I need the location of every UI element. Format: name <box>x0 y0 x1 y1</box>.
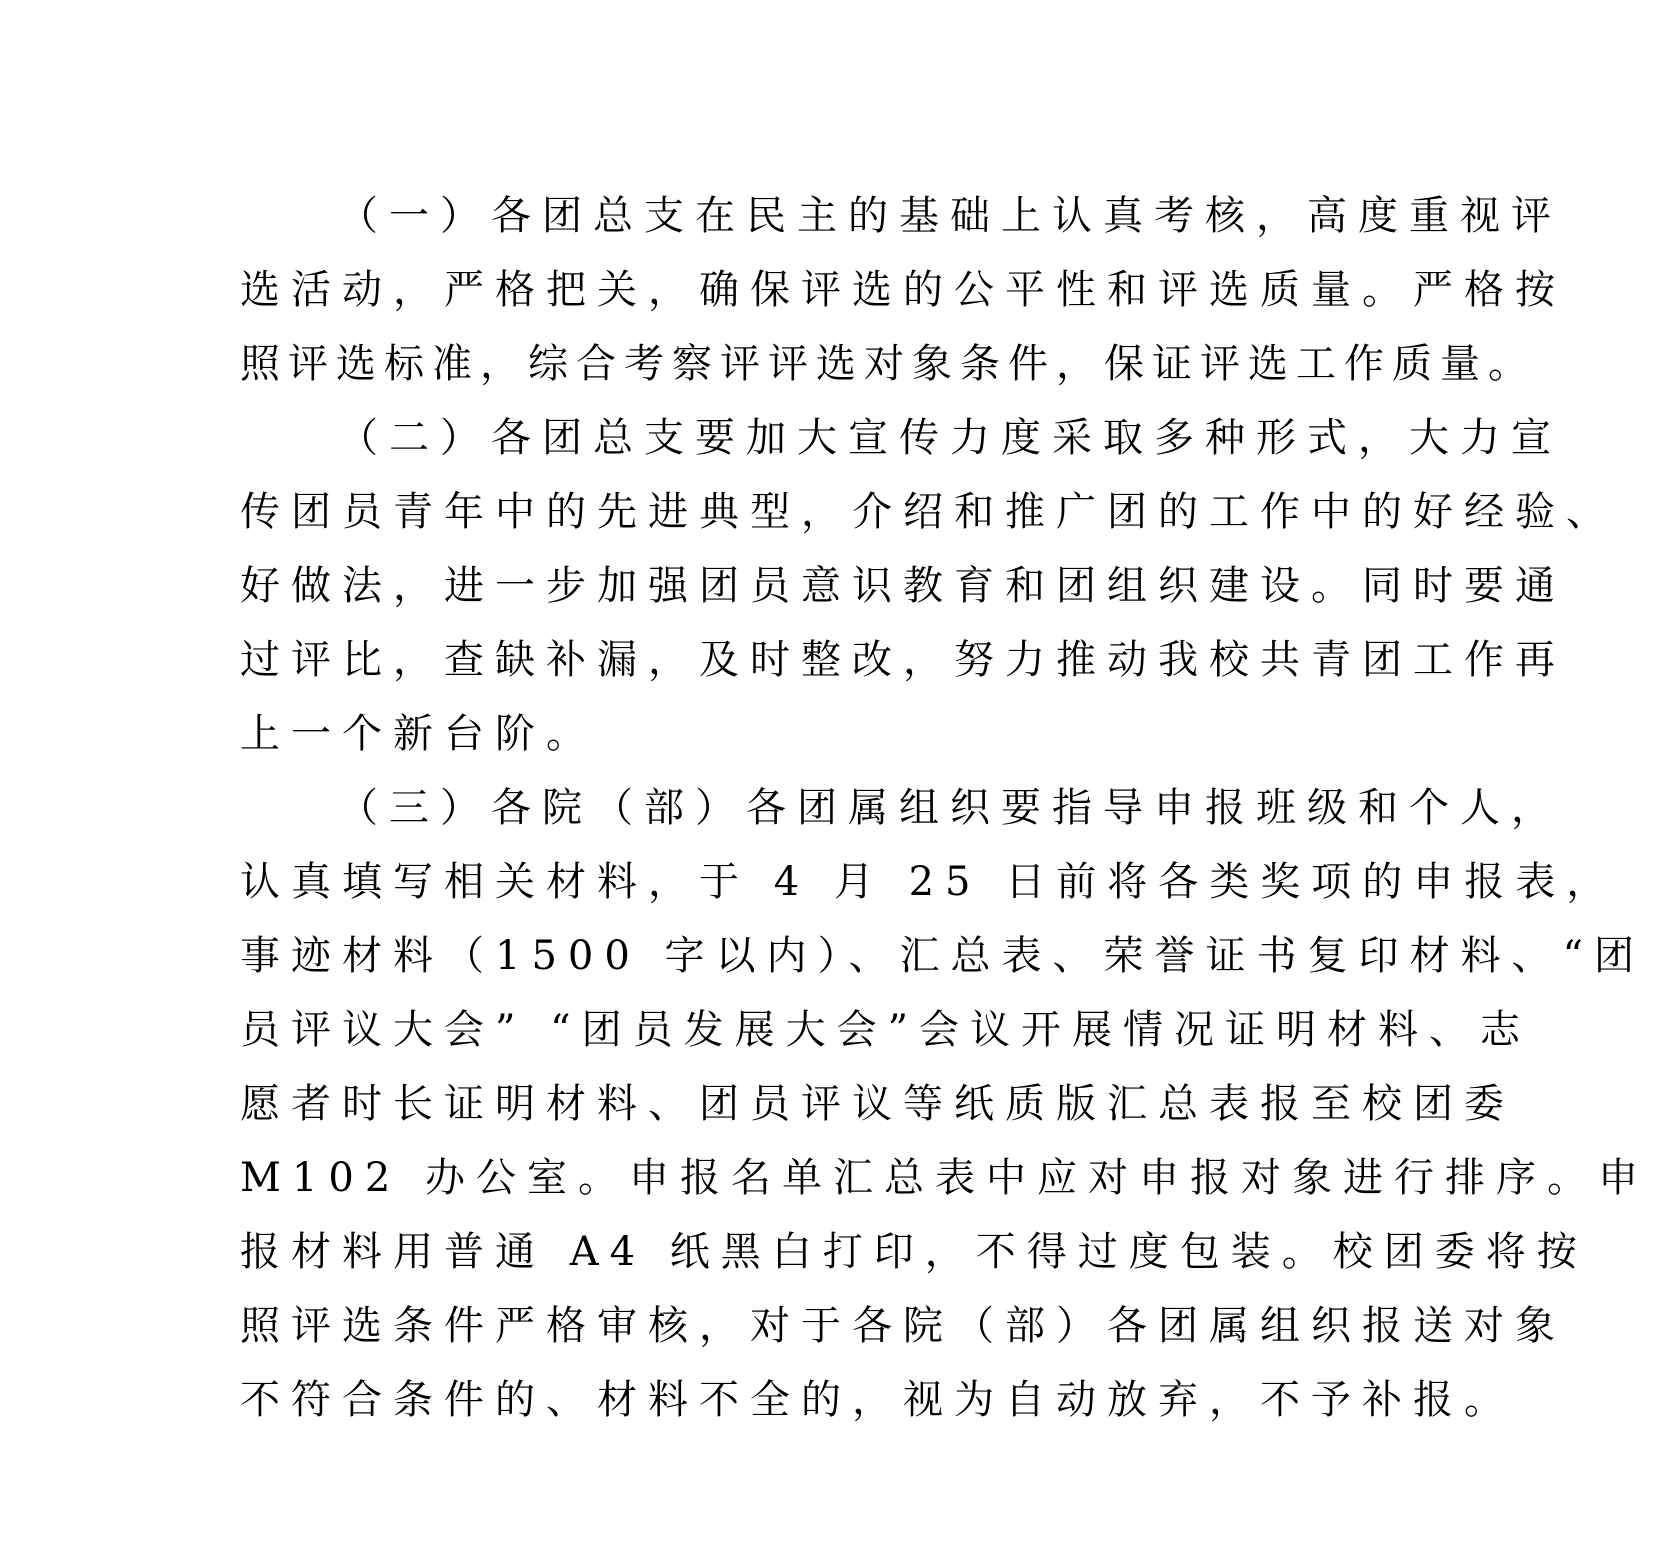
paragraph-3-line-4: 员评议大会” “团员发展大会”会议开展情况证明材料、志 <box>240 1000 1360 1060</box>
paragraph-1-line-2: 选活动，严格把关，确保评选的公平性和评选质量。严格按 <box>240 260 1360 320</box>
paragraph-2-line-5: 上一个新台阶。 <box>240 704 1360 764</box>
paragraph-2-line-1: （二）各团总支要加大宣传力度采取多种形式，大力宣 <box>338 408 1458 468</box>
paragraph-3-line-8: 照评选条件严格审核，对于各院（部）各团属组织报送对象 <box>240 1296 1360 1356</box>
paragraph-1-line-1: （一）各团总支在民主的基础上认真考核，高度重视评 <box>338 186 1458 246</box>
paragraph-3-line-3: 事迹材料（1500 字以内）、汇总表、荣誉证书复印材料、“团 <box>240 926 1360 986</box>
paragraph-3-line-5: 愿者时长证明材料、团员评议等纸质版汇总表报至校团委 <box>240 1074 1360 1134</box>
document-page: （一）各团总支在民主的基础上认真考核，高度重视评 选活动，严格把关，确保评选的公… <box>0 0 1654 1561</box>
paragraph-3-line-1: （三）各院（部）各团属组织要指导申报班级和个人， <box>338 778 1458 838</box>
paragraph-3-line-9: 不符合条件的、材料不全的，视为自动放弃，不予补报。 <box>240 1370 1360 1430</box>
paragraph-1-line-3: 照评选标准，综合考察评评选对象条件，保证评选工作质量。 <box>240 334 1360 394</box>
paragraph-3-line-2: 认真填写相关材料，于 4 月 25 日前将各类奖项的申报表， <box>240 852 1360 912</box>
paragraph-3-line-7: 报材料用普通 A4 纸黑白打印，不得过度包装。校团委将按 <box>240 1222 1360 1282</box>
paragraph-2-line-4: 过评比，查缺补漏，及时整改，努力推动我校共青团工作再 <box>240 630 1360 690</box>
paragraph-2-line-2: 传团员青年中的先进典型，介绍和推广团的工作中的好经验、 <box>240 482 1360 542</box>
paragraph-3-line-6: M102 办公室。申报名单汇总表中应对申报对象进行排序。申 <box>240 1148 1360 1208</box>
paragraph-2-line-3: 好做法，进一步加强团员意识教育和团组织建设。同时要通 <box>240 556 1360 616</box>
